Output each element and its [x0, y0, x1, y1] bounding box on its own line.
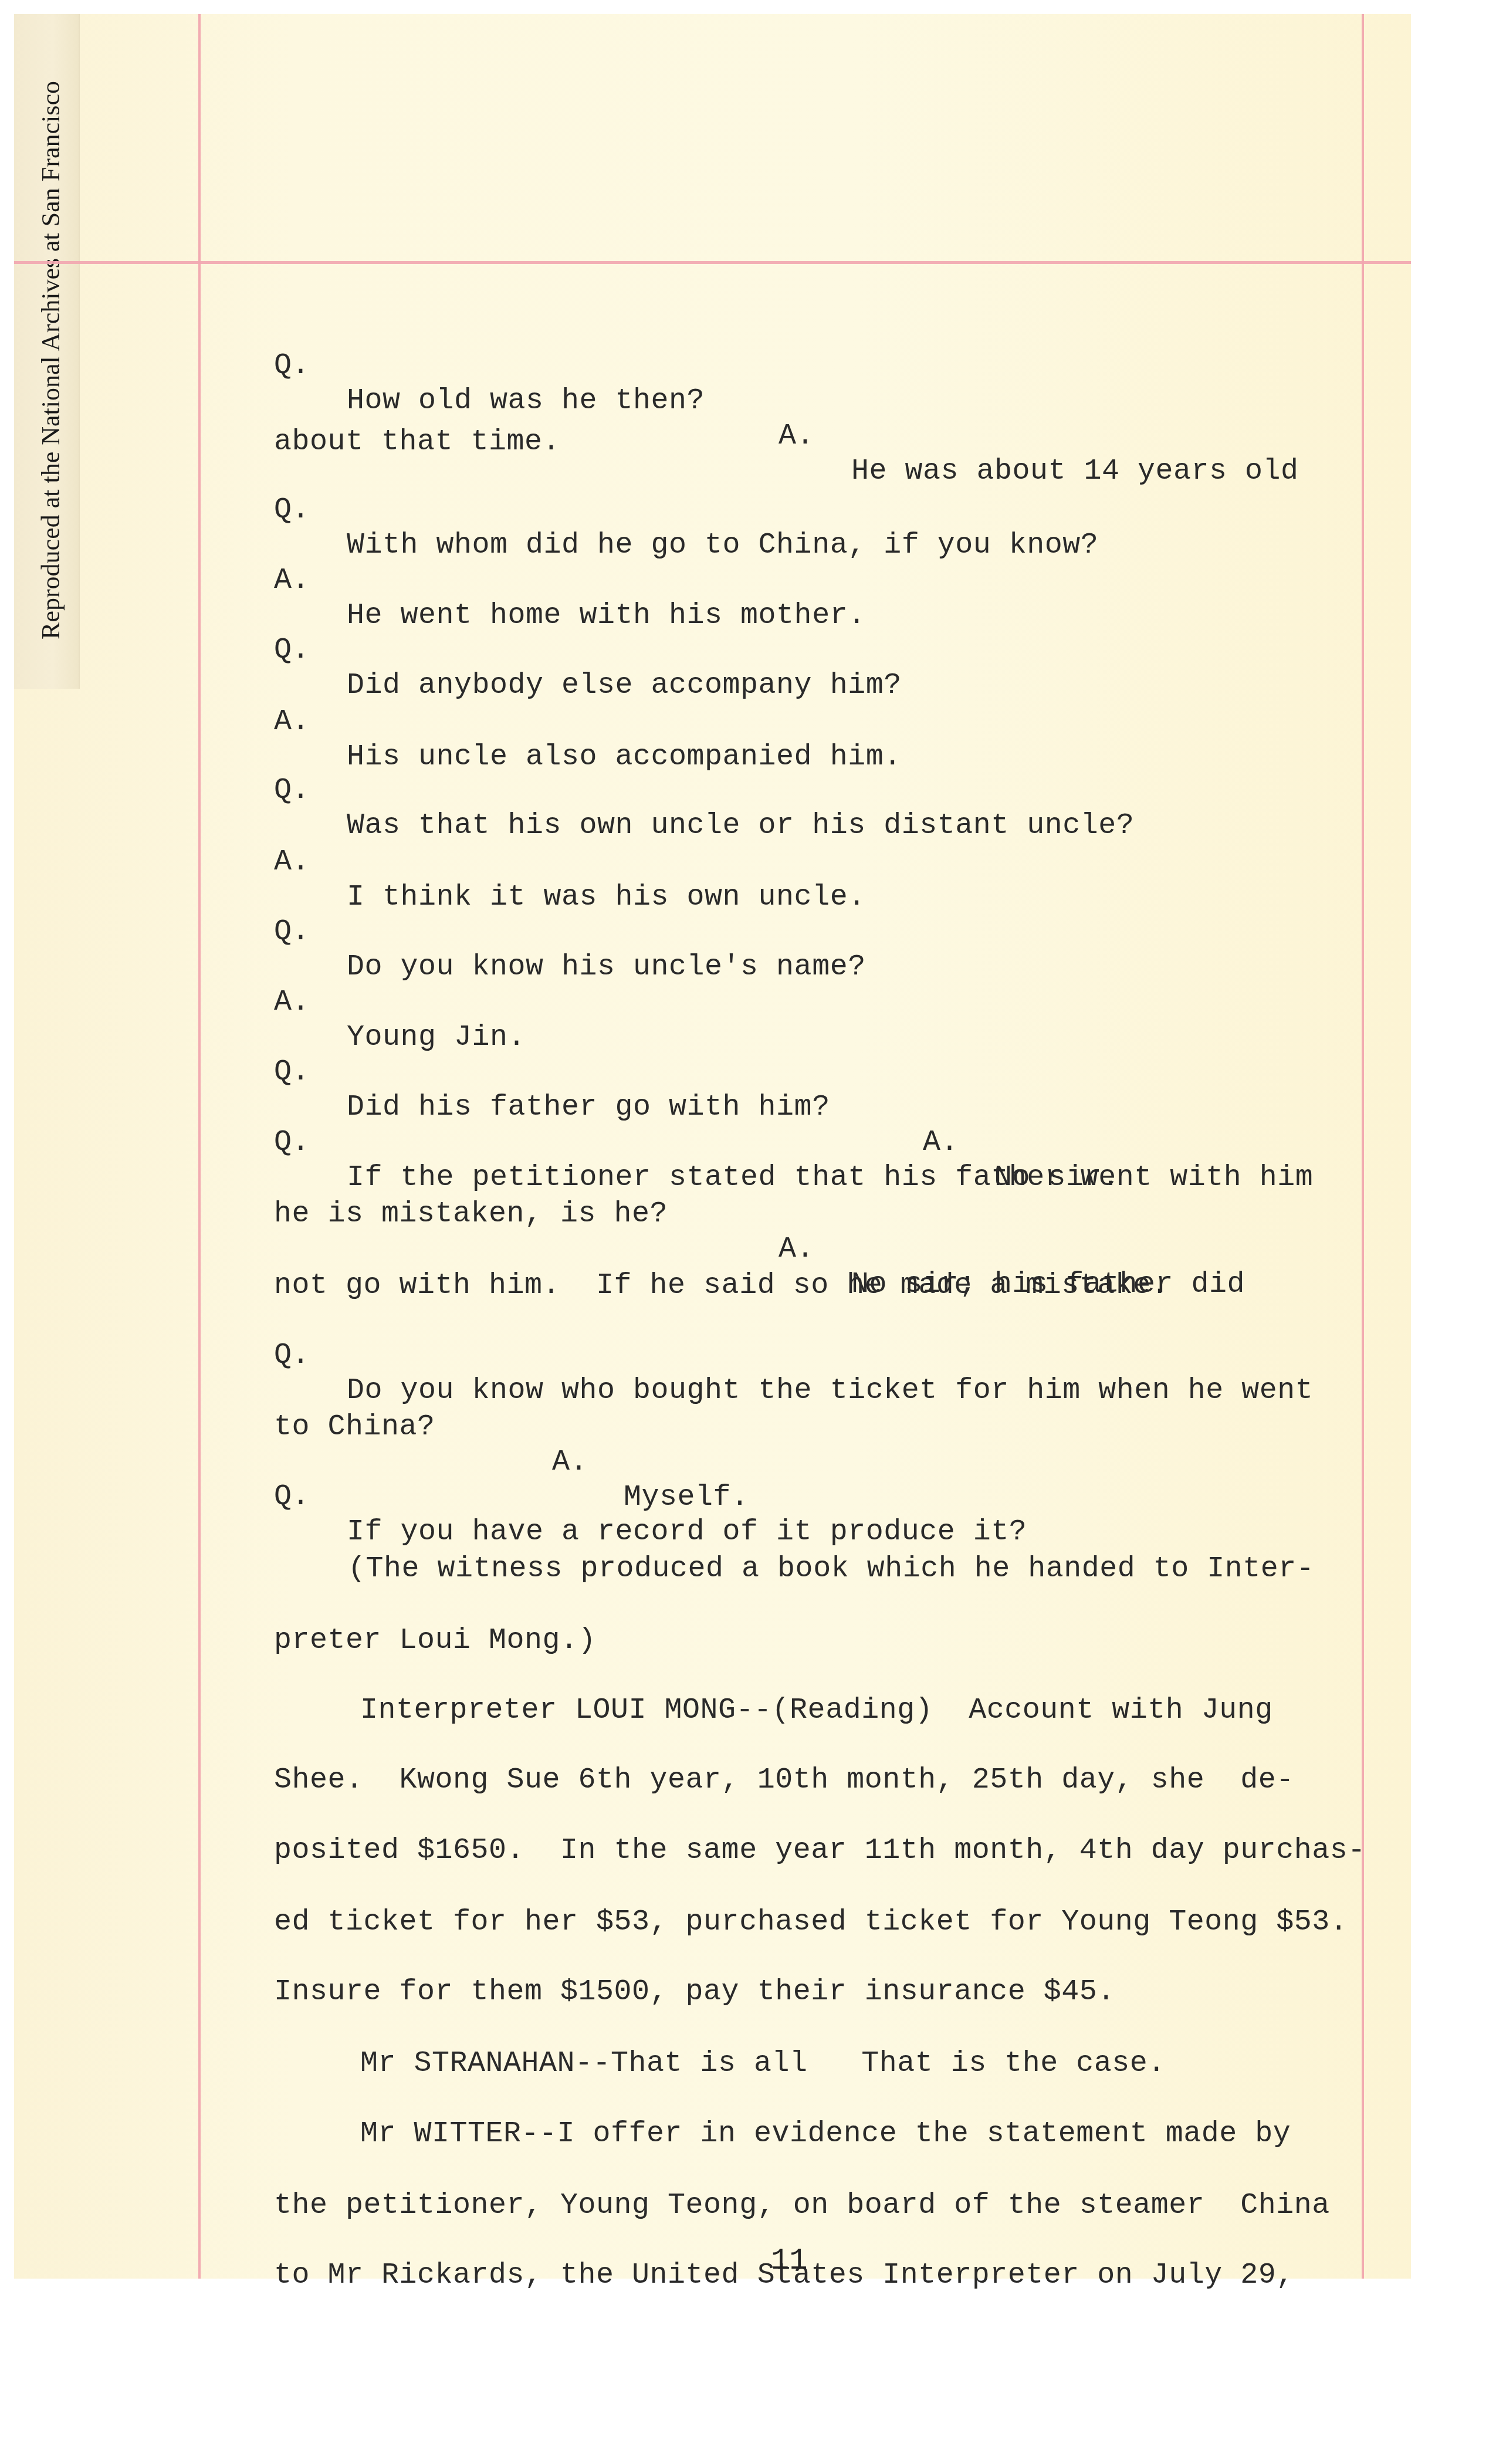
answer-marker: A.: [923, 1125, 959, 1160]
question-marker: Q.: [274, 915, 310, 950]
answer-text: I think it was his own uncle.: [347, 880, 866, 915]
answer-marker: A.: [274, 563, 310, 598]
question-text: Did his father go with him?: [347, 1090, 830, 1125]
question-marker: Q.: [274, 1125, 310, 1160]
continuation-text: to China?: [274, 1410, 435, 1445]
question-text: Do you know his uncle's name?: [347, 950, 866, 985]
left-margin-rule: [198, 14, 201, 2279]
answer-marker: A.: [274, 845, 310, 880]
right-margin-rule: [1362, 14, 1364, 2279]
question-marker: Q.: [274, 1055, 310, 1090]
answer-text: He was about 14 years old: [851, 454, 1299, 489]
answer-text: His uncle also accompanied him.: [347, 740, 902, 775]
page-number: 11: [771, 2243, 807, 2278]
header-rule: [14, 261, 1411, 264]
question-text: If the petitioner stated that his father…: [347, 1160, 1313, 1196]
question-marker: Q.: [274, 348, 310, 384]
paragraph-text: Interpreter LOUI MONG--(Reading) Account…: [360, 1693, 1273, 1728]
question-text: Do you know who bought the ticket for hi…: [347, 1373, 1313, 1409]
question-marker: Q.: [274, 773, 310, 808]
question-marker: Q.: [274, 493, 310, 528]
question-text: Was that his own uncle or his distant un…: [347, 808, 1134, 844]
question-marker: Q.: [274, 1480, 310, 1515]
continuation-text: not go with him. If he said so he made a…: [274, 1268, 1169, 1304]
continuation-text: he is mistaken, is he?: [274, 1197, 668, 1232]
continuation-text: preter Loui Mong.): [274, 1623, 596, 1659]
answer-marker: A.: [274, 705, 310, 740]
question-text: Did anybody else accompany him?: [347, 668, 902, 703]
continuation-text: about that time.: [274, 425, 560, 460]
paragraph-text: Mr STRANAHAN--That is all That is the ca…: [360, 2046, 1166, 2081]
answer-marker: A.: [274, 985, 310, 1020]
answer-marker: A.: [552, 1445, 588, 1480]
answer-text: Myself.: [624, 1480, 749, 1515]
paragraph-text: ed ticket for her $53, purchased ticket …: [274, 1905, 1348, 1940]
question-marker: Q.: [274, 633, 310, 668]
answer-marker: A.: [779, 1232, 814, 1267]
paragraph-text: the petitioner, Young Teong, on board of…: [274, 2188, 1330, 2223]
document-page: Reproduced at the National Archives at S…: [14, 14, 1411, 2279]
question-text: With whom did he go to China, if you kno…: [347, 528, 1098, 563]
transcript-line: to Mr Rickards, the United States Interp…: [274, 2223, 381, 2328]
paragraph-text: Shee. Kwong Sue 6th year, 10th month, 25…: [274, 1763, 1294, 1798]
paragraph-text: posited $1650. In the same year 11th mon…: [274, 1833, 1366, 1869]
question-text: How old was he then?: [347, 384, 705, 419]
paragraph-text: Insure for them $1500, pay their insuran…: [274, 1975, 1115, 2010]
paragraph-text: Mr WITTER--I offer in evidence the state…: [360, 2117, 1291, 2152]
parenthetical-text: (The witness produced a book which he ha…: [348, 1552, 1314, 1587]
answer-text: He went home with his mother.: [347, 598, 866, 634]
question-marker: Q.: [274, 1338, 310, 1373]
answer-marker: A.: [779, 419, 814, 454]
archive-stamp: Reproduced at the National Archives at S…: [36, 81, 66, 639]
